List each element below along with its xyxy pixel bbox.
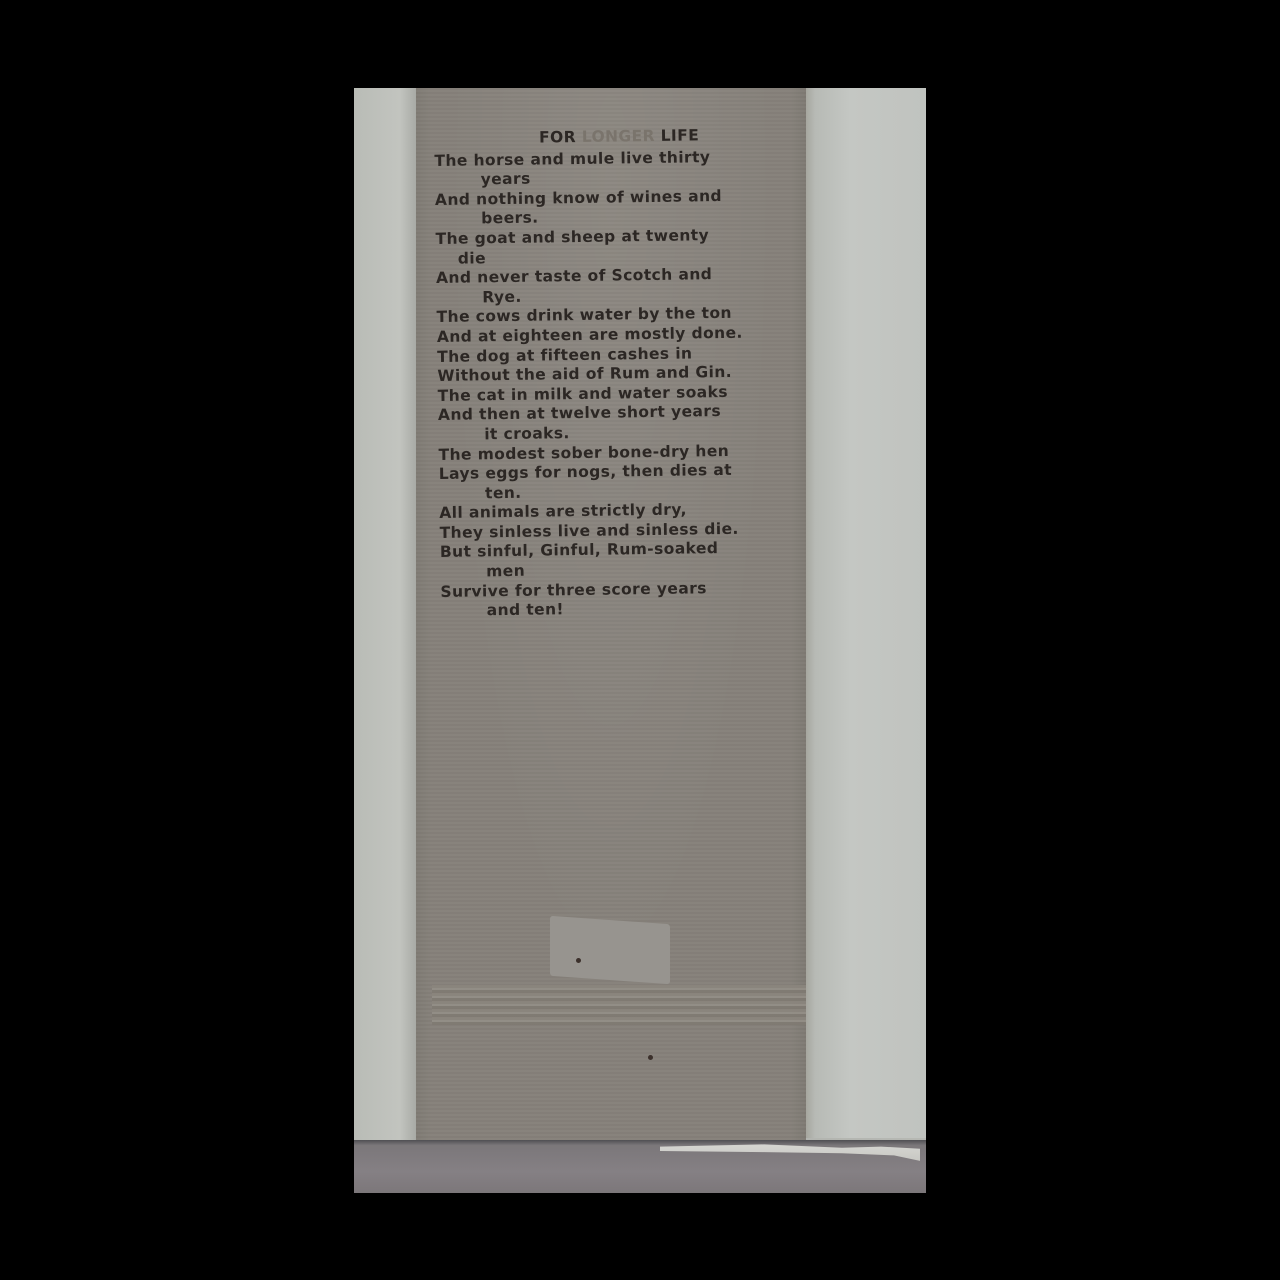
poem-lines: The horse and mule live thirtyyearsAnd n…: [434, 147, 801, 622]
striker-fold: [432, 985, 806, 1025]
poem: FOR LONGER LIFE The horse and mule live …: [434, 125, 801, 622]
staple-hole: [576, 958, 581, 963]
title-word-1: FOR: [539, 128, 576, 147]
title-word-2: LONGER: [582, 127, 655, 146]
poem-title: FOR LONGER LIFE: [434, 125, 794, 150]
staple-hole: [648, 1055, 653, 1060]
worn-patch: [550, 916, 670, 984]
scan-right-panel: [800, 88, 926, 1138]
title-word-3: LIFE: [661, 126, 700, 145]
